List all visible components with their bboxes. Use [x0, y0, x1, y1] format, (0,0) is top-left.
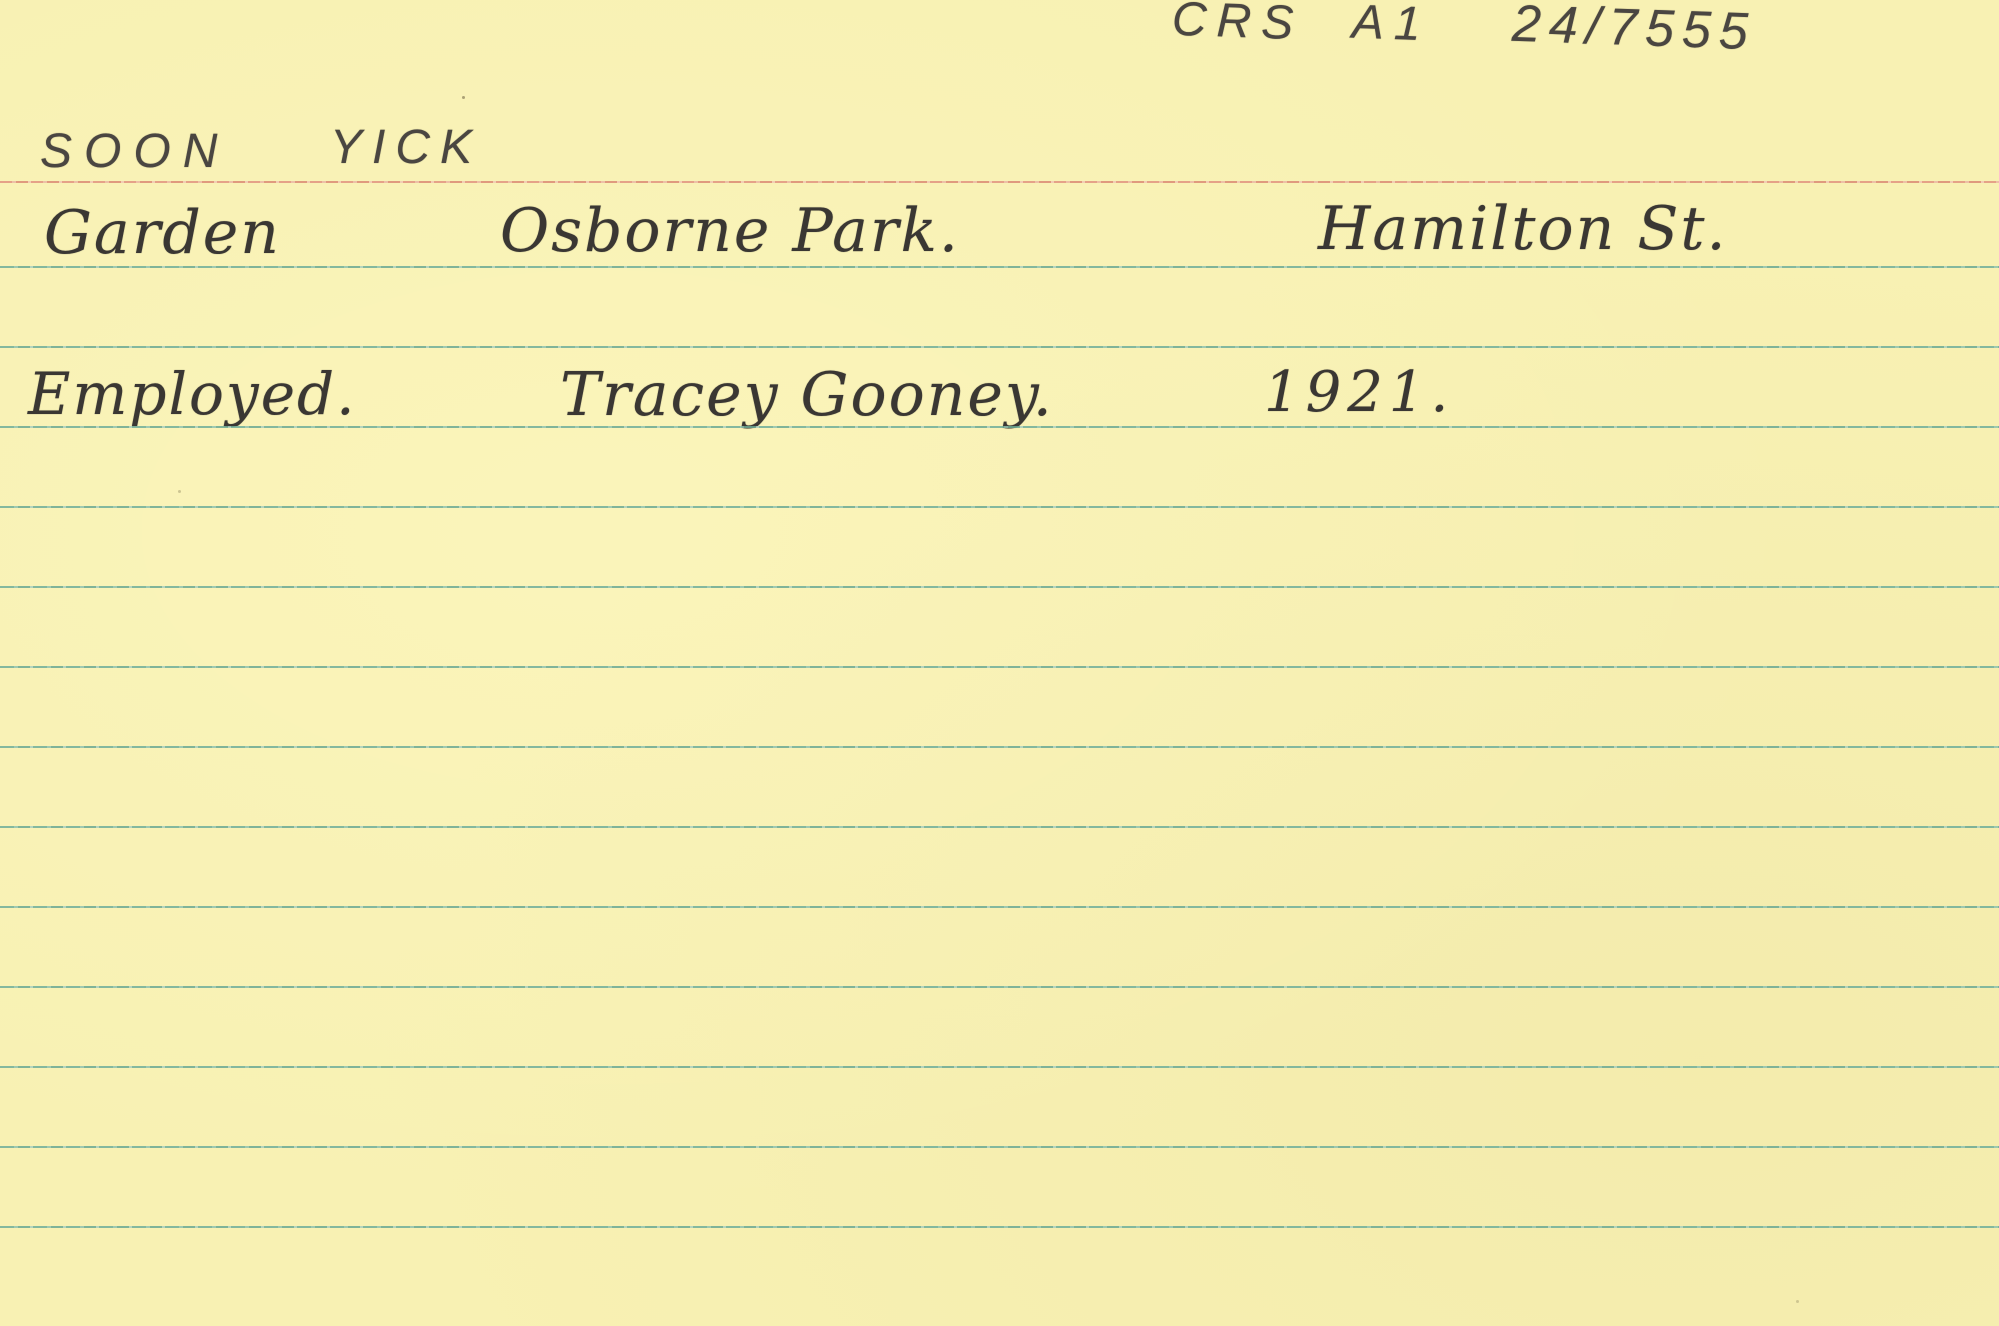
ruled-line [0, 586, 1999, 588]
employed-label: Employed. [28, 360, 357, 428]
header-rule [0, 181, 1999, 183]
reference-series: CRS [1171, 0, 1304, 51]
employer: Tracey Gooney. [560, 360, 1054, 430]
paper-speck [178, 490, 181, 493]
ruled-line [0, 1146, 1999, 1148]
occupation: Garden [44, 198, 281, 268]
ruled-line [0, 906, 1999, 908]
surname: SOON [40, 124, 229, 179]
ruled-line [0, 1066, 1999, 1068]
ruled-line [0, 266, 1999, 268]
paper-speck [462, 96, 465, 99]
ruled-line [0, 346, 1999, 348]
ruled-line [0, 426, 1999, 428]
ruled-line [0, 1226, 1999, 1228]
ruled-line [0, 986, 1999, 988]
street: Hamilton St. [1318, 194, 1728, 264]
place: Osborne Park. [500, 196, 960, 266]
ruled-line [0, 666, 1999, 668]
ruled-line [0, 506, 1999, 508]
paper-speck [1796, 1300, 1799, 1303]
given-name: YICK [330, 120, 482, 175]
reference-control-number: 24/7555 [1511, 0, 1757, 62]
reference-item: A1 [1351, 0, 1432, 52]
index-card: CRS A1 24/7555 SOON YICK Garden Osborne … [0, 0, 1999, 1326]
ruled-line [0, 826, 1999, 828]
ruled-line [0, 746, 1999, 748]
year: 1921. [1264, 360, 1454, 425]
